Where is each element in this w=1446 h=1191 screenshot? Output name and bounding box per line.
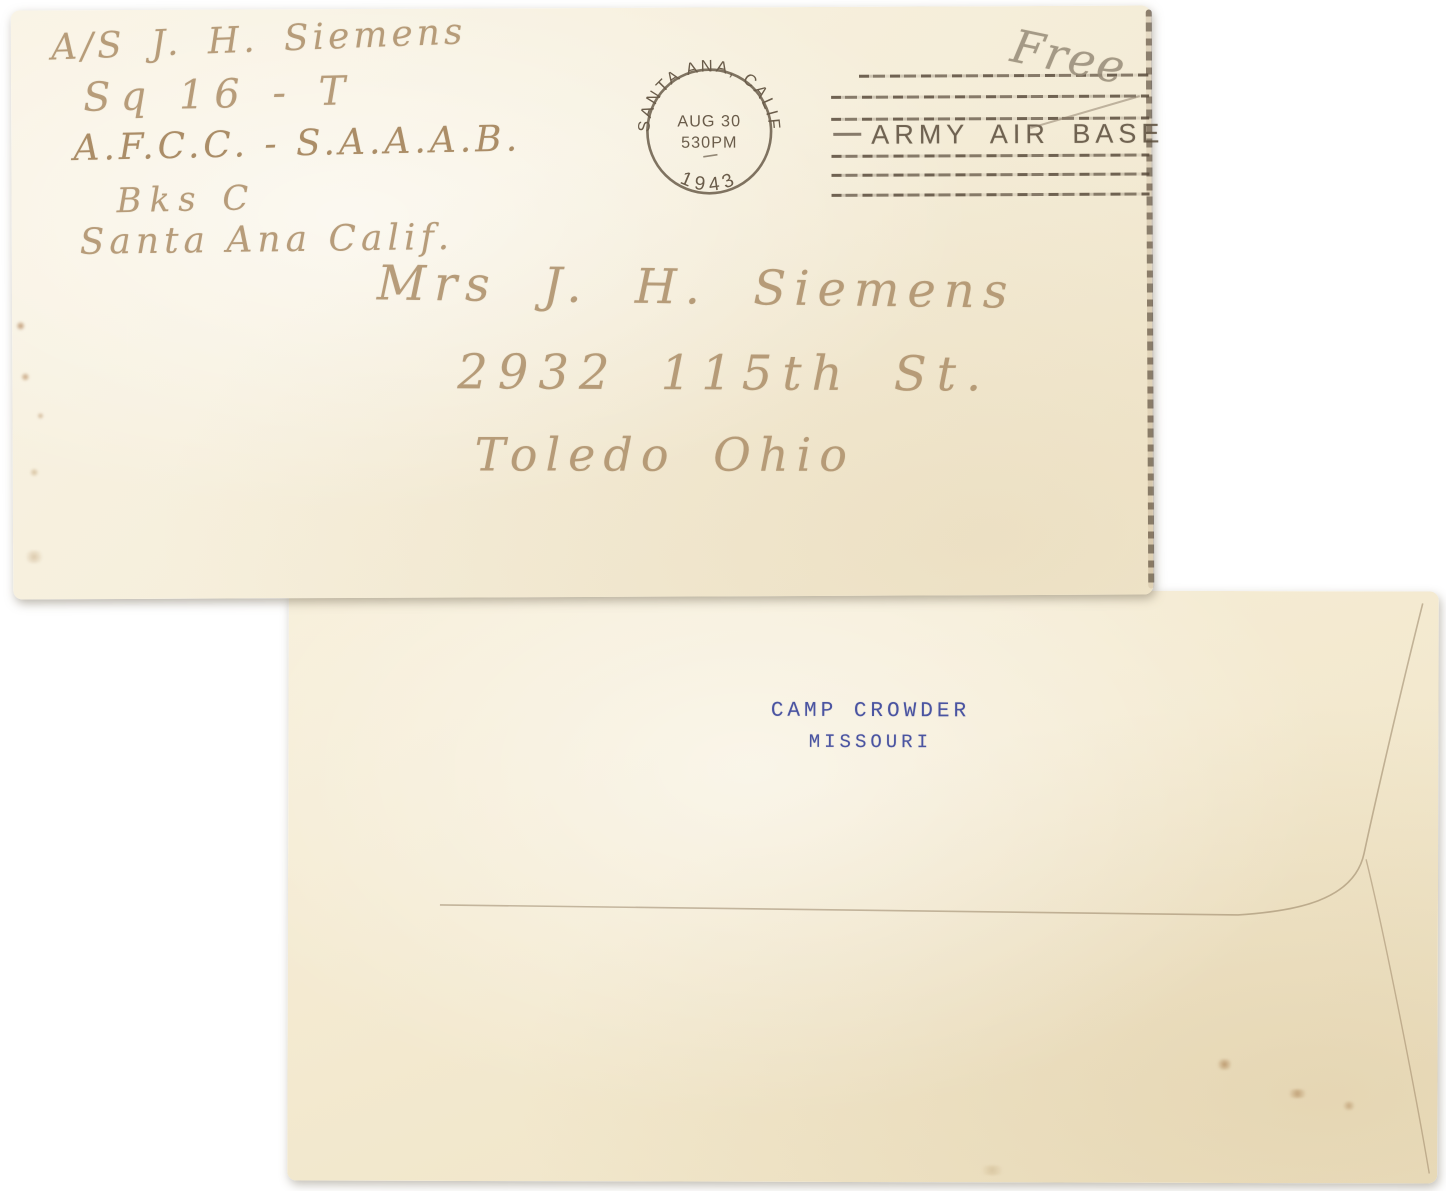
return-address-line-3: A.F.C.C. - S.A.A.A.B. [73,118,522,169]
envelope-front: A/S J. H. Siemens Sq 16 - T A.F.C.C. - S… [11,6,1154,600]
recipient-line-1: Mrs J. H. Siemens [377,255,1016,319]
camp-imprint: CAMP CROWDER MISSOURI [710,700,1030,754]
postmark-year: 1943 [677,168,742,196]
cancellation-bar [831,154,1149,158]
recipient-line-3: Toledo Ohio [475,427,855,481]
envelope-scan: A/S J. H. Siemens Sq 16 - T A.F.C.C. - S… [0,0,1446,1191]
return-address-line-4: Bks C [116,178,257,221]
postmark-date: AUG 30 [677,112,741,130]
envelope-back: CAMP CROWDER MISSOURI [287,588,1439,1183]
recipient-address: Mrs J. H. Siemens 2932 115th St. Toledo … [11,6,1151,11]
cancellation-bar [831,173,1149,177]
postmark-time: 530PM [681,134,737,152]
imprint-line-1: CAMP CROWDER [710,700,1030,724]
postmark-tick [703,155,717,157]
cancellation-dash [833,133,861,136]
stain [16,320,25,331]
svg-text:1943: 1943 [677,168,742,196]
stain [29,468,40,476]
stain [1285,1089,1309,1098]
imprint-line-2: MISSOURI [710,731,1030,754]
return-address: A/S J. H. Siemens Sq 16 - T A.F.C.C. - S… [11,6,1151,11]
flap-crease-bottom [1365,859,1430,1173]
flap-creases [287,588,1439,1183]
return-address-line-2: Sq 16 - T [83,68,356,121]
flap-crease-top [440,601,1423,916]
return-address-line-1: A/S J. H. Siemens [50,11,467,68]
stain [1216,1059,1234,1070]
stain [20,372,30,381]
stain [977,1165,1007,1175]
stain [36,412,44,419]
cancellation-bar [832,193,1150,197]
recipient-line-2: 2932 115th St. [457,344,991,402]
stain [23,550,45,563]
cancellation-slogan: ARMY AIR BASE [871,118,1164,150]
stain [1341,1101,1356,1110]
postmark-stamp: SANTA ANA, CALIF AUG 30 530PM 1943 [633,55,786,208]
cancellation-bar [831,95,1149,99]
